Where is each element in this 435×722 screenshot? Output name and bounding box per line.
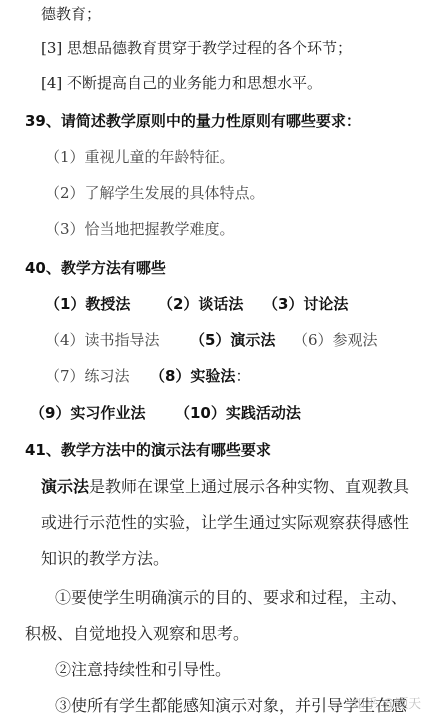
list-item-3: [3] 思想品德教育贯穿于教学过程的各个环节； (41, 38, 352, 58)
q39-item-1: （1）重视儿童的年龄特征。 (45, 147, 235, 167)
method-8: （8）实验法 (150, 366, 235, 386)
method-7: （7）练习法 (45, 366, 150, 386)
q41-definition-line-2: 或进行示范性的实验，让学生通过实际观察获得感性 (41, 513, 409, 533)
q40-row-4: （9）实习作业法（10）实践活动法 (30, 403, 301, 423)
text-line-continuation: 德教育； (41, 4, 101, 24)
method-2: （2）谈话法 (158, 294, 263, 314)
method-4: （4）读书指导法 (45, 330, 190, 350)
method-9: （9）实习作业法 (30, 403, 175, 423)
q41-definition-line-3: 知识的教学方法。 (41, 549, 169, 569)
method-6: （6）参观法 (293, 330, 378, 350)
watermark: 知乎 @顾天 (352, 693, 421, 712)
q40-row-2: （4）读书指导法（5）演示法（6）参观法 (45, 330, 378, 350)
q41-definition-line-1: 演示法是教师在课堂上通过展示各种实物、直观教具 (41, 477, 409, 497)
q41-requirement-1: ①要使学生明确演示的目的、要求和过程，主动、 (55, 588, 407, 608)
q41-requirement-2: ②注意持续性和引导性。 (55, 660, 231, 680)
q41-requirement-1-cont: 积极、自觉地投入观察和思考。 (25, 624, 249, 644)
q40-row-1: （1）教授法（2）谈话法（3）讨论法 (45, 294, 348, 314)
method-8-colon: ： (235, 366, 250, 386)
method-3: （3）讨论法 (263, 294, 348, 314)
method-1: （1）教授法 (45, 294, 158, 314)
method-5: （5）演示法 (190, 330, 293, 350)
question-39-heading: 39、请简述教学原则中的量力性原则有哪些要求： (25, 111, 361, 131)
question-40-heading: 40、教学方法有哪些 (25, 258, 166, 278)
q40-row-3: （7）练习法（8）实验法： (45, 366, 250, 386)
definition-text-1: 是教师在课堂上通过展示各种实物、直观教具 (89, 477, 409, 496)
question-41-heading: 41、教学方法中的演示法有哪些要求 (25, 440, 271, 460)
q39-item-2: （2）了解学生发展的具体特点。 (45, 183, 265, 203)
list-item-4: [4] 不断提高自己的业务能力和思想水平。 (41, 73, 322, 93)
definition-term: 演示法 (41, 477, 89, 496)
q39-item-3: （3）恰当地把握教学难度。 (45, 219, 235, 239)
method-10: （10）实践活动法 (175, 403, 301, 423)
